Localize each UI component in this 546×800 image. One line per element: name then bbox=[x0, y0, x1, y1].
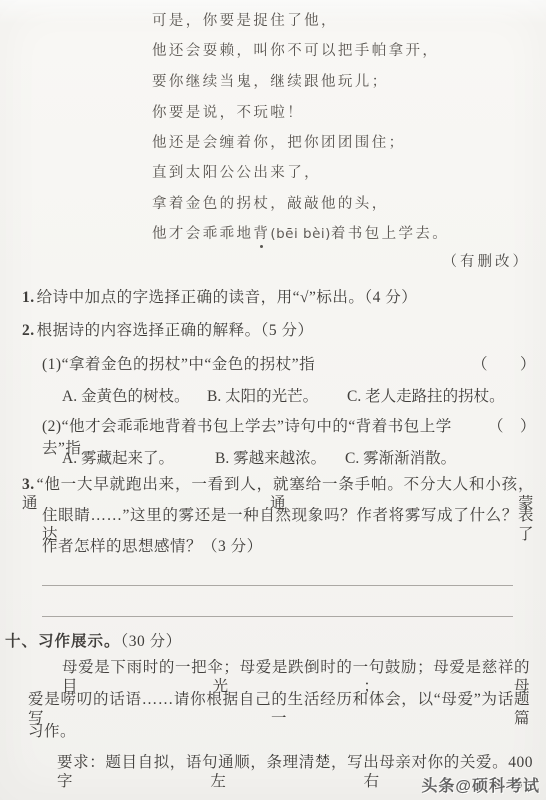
question-2: 2.根据诗的内容选择正确的解释。（5 分） bbox=[22, 321, 314, 340]
question-1-number: 1. bbox=[22, 289, 35, 306]
poem-line: 他还会耍赖，叫你不可以把手帕拿开， bbox=[152, 42, 439, 60]
toutiao-watermark: 头条@硕科考试 bbox=[421, 773, 540, 796]
prompt-paragraph-line-3: 习作。 bbox=[28, 722, 76, 741]
question-2-score: （5 分） bbox=[261, 322, 314, 339]
exam-paper-page: 可是，你要是捉住了他， 他还会耍赖，叫你不可以把手帕拿开， 要你继续当鬼，继续跟… bbox=[0, 0, 546, 800]
question-1-score: （4 分） bbox=[364, 289, 417, 306]
poem-line: 你要是说，不玩啦！ bbox=[152, 104, 304, 122]
question-1: 1.给诗中加点的字选择正确的读音，用“√”标出。（4 分） bbox=[22, 288, 417, 307]
subquestion-1: (1)“拿着金色的拐杖”中“金色的拐杖”指 （ ） bbox=[42, 352, 536, 374]
answer-line-2 bbox=[42, 616, 513, 617]
section-10-title: 十、习作展示。 bbox=[5, 633, 121, 650]
question-2-number: 2. bbox=[22, 322, 35, 339]
section-10-score: （30 分） bbox=[121, 633, 182, 650]
question-3-line-3: 作者怎样的思想感情？（3 分） bbox=[42, 537, 263, 556]
prompt-paragraph-line-2: 爱是唠叨的话语……请你根据自己的生活经历和体会，以“母爱”为话题写一篇 bbox=[28, 690, 530, 729]
subquestion-1-option-a: A. 金黄色的树枝。 bbox=[62, 384, 189, 406]
subquestion-2-answer-bracket: （ ） bbox=[488, 414, 536, 458]
poem-line: 他还是会缠着你，把你团团围住； bbox=[152, 134, 406, 152]
poem-line: 可是，你要是捉住了他， bbox=[152, 12, 338, 30]
poem-line: 要你继续当鬼，继续跟他玩儿； bbox=[152, 73, 389, 91]
subquestion-1-text: (1)“拿着金色的拐杖”中“金色的拐杖”指 bbox=[42, 352, 315, 374]
poem-line: 拿着金色的拐杖，敲敲他的头， bbox=[152, 195, 389, 213]
section-10-heading: 十、习作展示。（30 分） bbox=[5, 632, 182, 651]
poem-line: 直到太阳公公出来了， bbox=[152, 164, 321, 182]
subquestion-1-answer-bracket: （ ） bbox=[472, 352, 536, 374]
subquestion-2-option-a: A. 雾藏起来了。 bbox=[62, 446, 174, 468]
poem-line-post: 着书包上学去。 bbox=[331, 226, 449, 242]
subquestion-1-option-c: C. 老人走路拄的拐杖。 bbox=[347, 384, 505, 406]
question-3-number: 3. bbox=[22, 476, 35, 493]
subquestion-1-option-b: B. 太阳的光芒。 bbox=[207, 384, 318, 406]
poem-line-with-pinyin: 他才会乖乖地背(bēi bèi)着书包上学去。 bbox=[152, 225, 449, 243]
pinyin-annotation: (bēi bèi) bbox=[270, 226, 331, 242]
answer-line-1 bbox=[42, 585, 513, 586]
emphasis-dotted-char: 背 bbox=[253, 225, 270, 243]
poem-line-pre: 他才会乖乖地 bbox=[152, 226, 253, 242]
question-1-text: 给诗中加点的字选择正确的读音，用“√”标出。 bbox=[37, 289, 365, 306]
poem-source-note: （有删改） bbox=[443, 253, 531, 271]
subquestion-2-option-b: B. 雾越来越浓。 bbox=[215, 446, 326, 468]
subquestion-2-option-c: C. 雾渐渐消散。 bbox=[345, 446, 456, 468]
question-2-text: 根据诗的内容选择正确的解释。 bbox=[37, 322, 261, 339]
